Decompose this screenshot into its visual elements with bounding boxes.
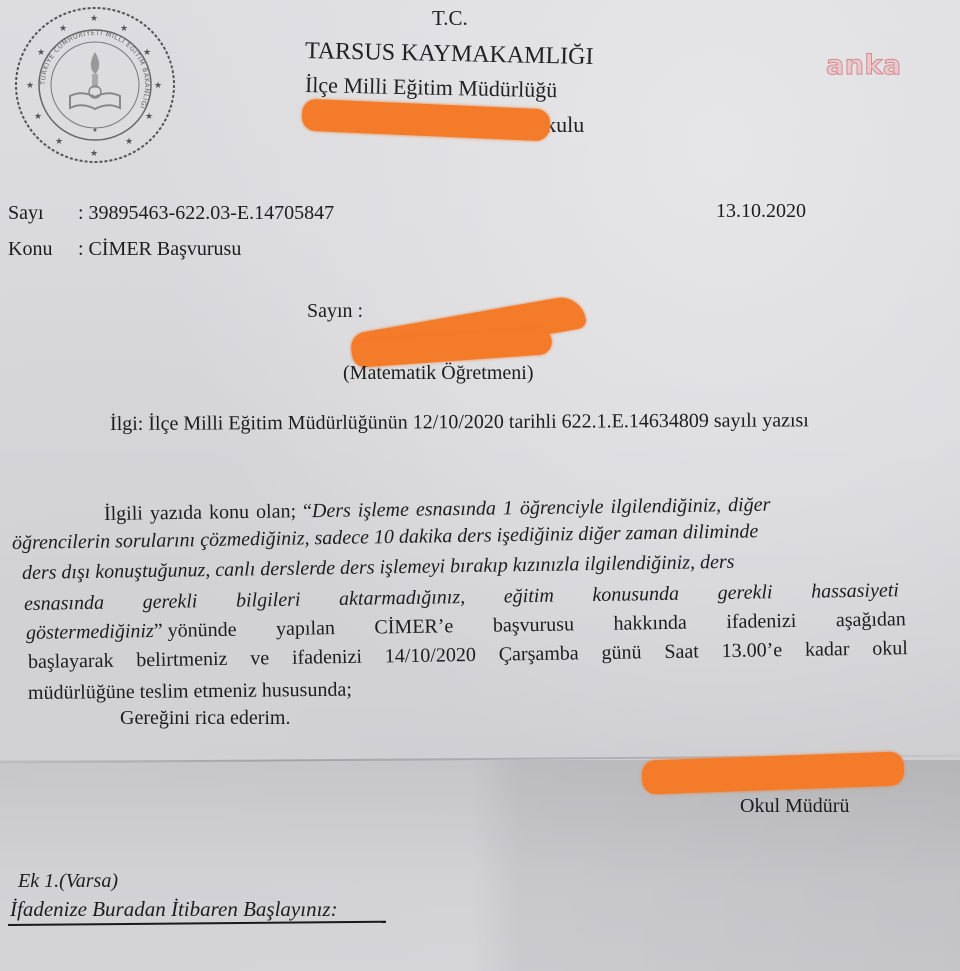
svg-text:★: ★ <box>90 148 98 158</box>
salutation: Sayın : <box>307 300 363 323</box>
header-authority: TARSUS KAYMAKAMLIĞI <box>305 38 594 71</box>
konu-value: : CİMER Başvurusu <box>78 238 241 260</box>
document-date: 13.10.2020 <box>716 200 806 223</box>
recipient-role: (Matematik Öğretmeni) <box>343 362 534 385</box>
body-line-7: müdürlüğüne teslim etmeniz hususunda; <box>28 679 352 705</box>
closing-line: Gereğini rica ederim. <box>120 707 290 730</box>
svg-text:★: ★ <box>143 47 151 57</box>
document-number: Sayı: 39895463-622.03-E.14705847 <box>8 202 334 225</box>
school-name-redaction <box>301 99 550 142</box>
konu-label: Konu <box>8 238 78 261</box>
sayi-label: Sayı <box>8 202 78 225</box>
header-country: T.C. <box>432 6 468 31</box>
svg-text:★: ★ <box>154 80 162 90</box>
anka-watermark: anka <box>826 50 902 81</box>
signer-title: Okul Müdürü <box>740 795 849 818</box>
svg-text:★: ★ <box>120 23 128 33</box>
header-directorate: İlçe Milli Eğitim Müdürlüğü <box>305 72 558 103</box>
reference-line: İlgi: İlçe Milli Eğitim Müdürlüğünün 12/… <box>110 409 809 436</box>
statement-prompt: İfadenize Buradan İtibaren Başlayınız: <box>10 897 338 922</box>
svg-text:★: ★ <box>125 136 133 146</box>
document-subject: Konu: CİMER Başvurusu <box>8 238 241 261</box>
svg-text:★: ★ <box>55 136 63 146</box>
svg-text:★: ★ <box>26 80 34 90</box>
svg-text:★: ★ <box>59 23 67 33</box>
svg-text:★: ★ <box>37 47 45 57</box>
svg-text:★: ★ <box>145 111 153 121</box>
body-line-3: ders dışı konuştuğunuz, canlı derslerde … <box>22 548 897 585</box>
attachment-note: Ek 1.(Varsa) <box>18 870 118 893</box>
ministry-seal-icon: ★★★ ★★ ★★ ★★ ★★ ★ TÜRKİYE CUMHURİYETİ Mİ… <box>12 4 178 166</box>
scanned-letter: ★★★ ★★ ★★ ★★ ★★ ★ TÜRKİYE CUMHURİYETİ Mİ… <box>0 0 960 971</box>
svg-text:★: ★ <box>90 13 98 23</box>
sayi-value: : 39895463-622.03-E.14705847 <box>78 202 334 224</box>
svg-text:★: ★ <box>34 111 42 121</box>
